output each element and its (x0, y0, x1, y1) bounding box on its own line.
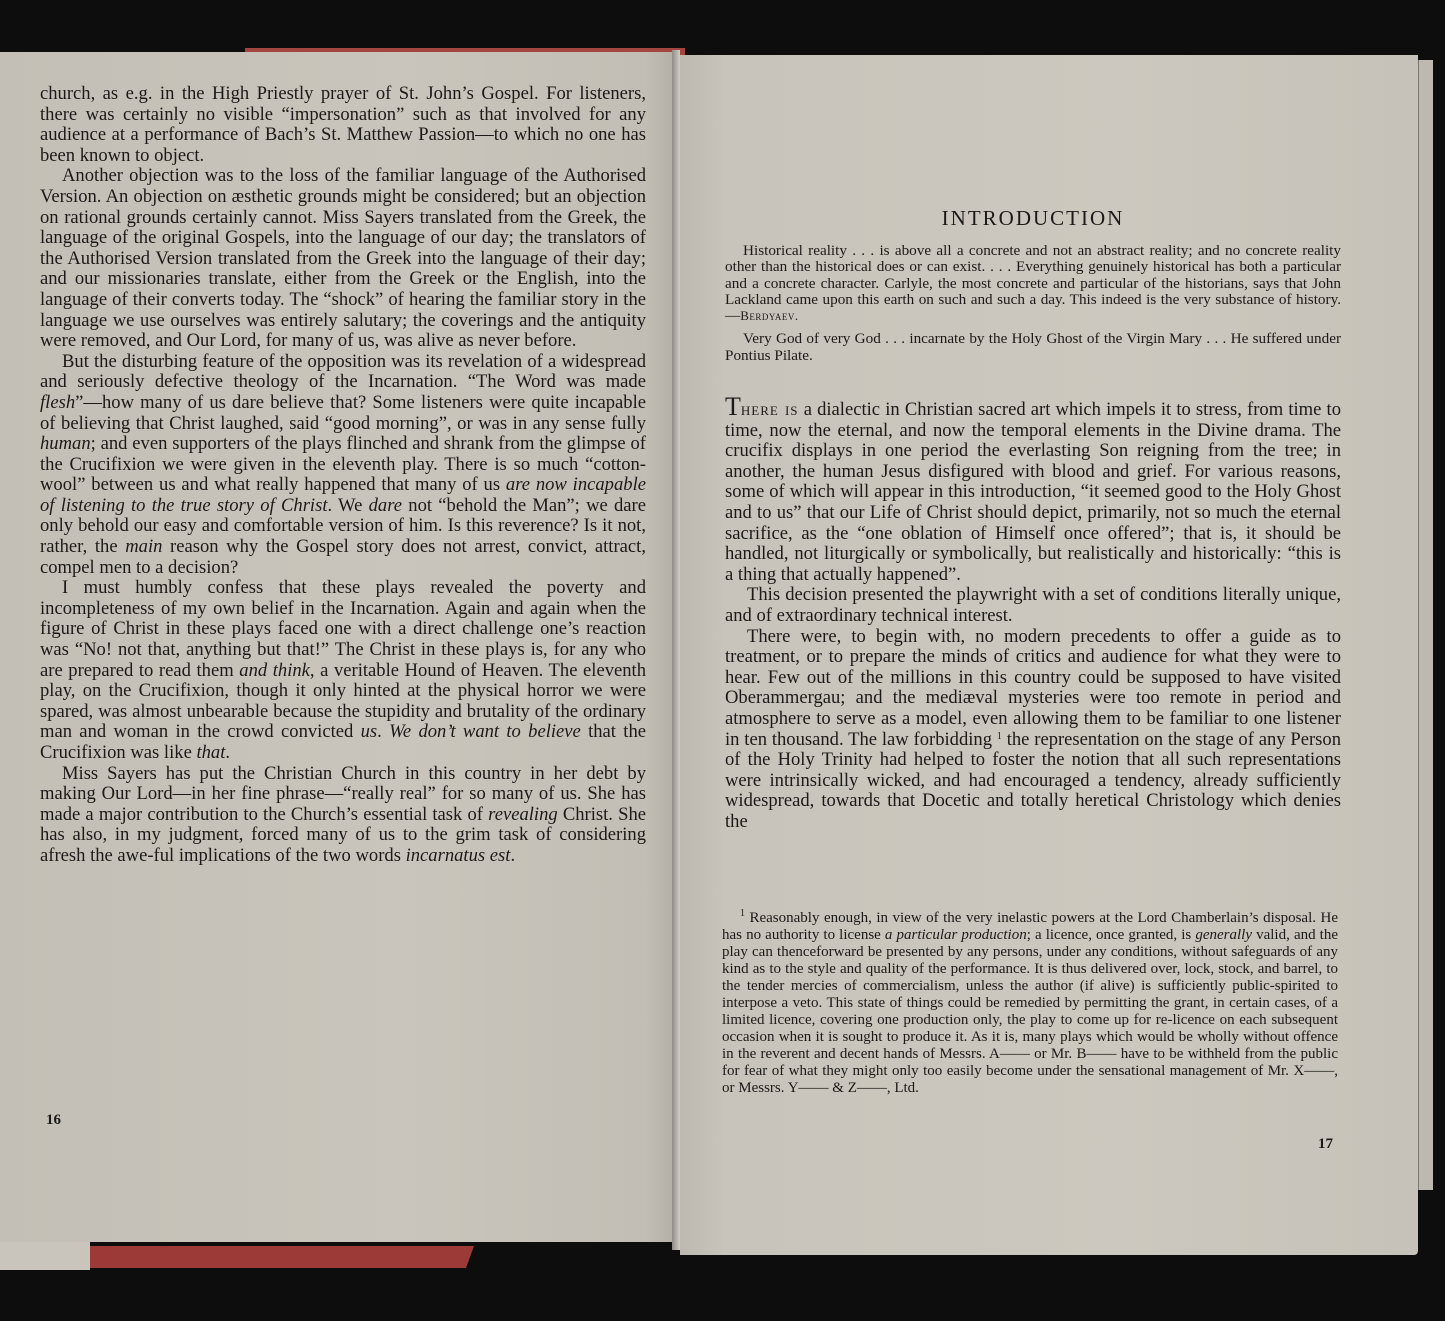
right-page-body: There is a dialectic in Christian sacred… (725, 397, 1341, 832)
paragraph: This decision presented the playwright w… (725, 585, 1341, 626)
page-edge-bottom-left (0, 1240, 90, 1270)
page-number-left: 16 (46, 1112, 61, 1129)
epigraph-quote: Very God of very God . . . incarnate by … (725, 331, 1341, 364)
epigraph-quote: Historical reality . . . is above all a … (725, 243, 1341, 324)
left-page-body: church, as e.g. in the High Priestly pra… (40, 84, 646, 867)
paragraph: I must humbly confess that these plays r… (40, 578, 646, 763)
paragraph: But the disturbing feature of the opposi… (40, 352, 646, 579)
epigraph: Historical reality . . . is above all a … (725, 243, 1341, 364)
footnote: 1 Reasonably enough, in view of the very… (722, 910, 1338, 1097)
chapter-heading: INTRODUCTION (725, 206, 1341, 231)
book-gutter (672, 50, 680, 1250)
paragraph: Miss Sayers has put the Christian Church… (40, 764, 646, 867)
drop-cap: T (725, 392, 741, 421)
book-cover-edge-bottom (66, 1246, 474, 1268)
paragraph: Another objection was to the loss of the… (40, 166, 646, 351)
page-stack-edge (1418, 60, 1433, 1190)
paragraph: church, as e.g. in the High Priestly pra… (40, 84, 646, 166)
paragraph: There is a dialectic in Christian sacred… (725, 397, 1341, 585)
page-number-right: 17 (1318, 1136, 1333, 1153)
epigraph-attribution: Berdyaev. (740, 308, 798, 323)
paragraph: There were, to begin with, no modern pre… (725, 627, 1341, 833)
